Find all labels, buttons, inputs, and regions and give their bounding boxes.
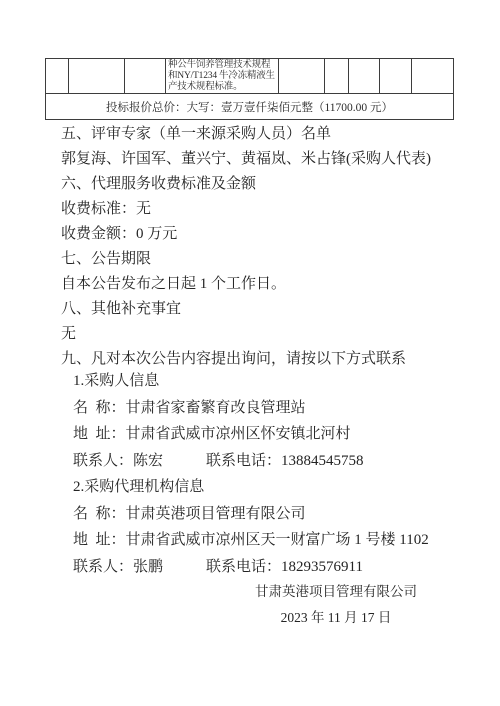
table-row: 种公牛饲养管理技术规程和NY/T1234 牛冷冻精液生产技术规程标准。: [46, 59, 454, 94]
fee-standard: 收费标准：无: [0, 197, 500, 222]
agency-name: 名 称：甘肃英港项目管理有限公司: [0, 501, 500, 528]
table-cell-empty: [279, 59, 325, 94]
table-cell-empty: [325, 59, 349, 94]
purchaser-address: 地 址：甘肃省武威市凉州区怀安镇北河村: [0, 421, 500, 448]
section-6-heading: 六、代理服务收费标准及金额: [0, 172, 500, 197]
table-cell-empty: [349, 59, 380, 94]
section-8-heading: 八、其他补充事宜: [0, 297, 500, 322]
table-cell-empty: [46, 59, 69, 94]
agency-phone: 联系电话：18293576911: [206, 559, 363, 575]
signature-company: 甘肃英港项目管理有限公司: [255, 579, 417, 605]
table-cell-empty: [125, 59, 166, 94]
spec-text-cell: 种公牛饲养管理技术规程和NY/T1234 牛冷冻精液生产技术规程标准。: [166, 59, 279, 94]
purchaser-contact-line: 联系人：陈宏联系电话：13884545758: [0, 448, 500, 475]
announcement-sections: 五、评审专家（单一来源采购人员）名单 郭复海、许国军、董兴宁、黄福岚、米占锋(采…: [0, 122, 500, 372]
purchaser-phone: 联系电话：13884545758: [206, 453, 364, 469]
signature-block: 甘肃英港项目管理有限公司 2023 年 11 月 17 日: [255, 579, 417, 631]
bid-spec-table: 种公牛饲养管理技术规程和NY/T1234 牛冷冻精液生产技术规程标准。 投标报价…: [45, 58, 454, 120]
purchaser-name: 名 称：甘肃省家畜繁育改良管理站: [0, 395, 500, 422]
agency-contact-line: 联系人：张鹏联系电话：18293576911: [0, 554, 500, 581]
table-cell-empty: [69, 59, 125, 94]
total-price-cell: 投标报价总价：大写：壹万壹仟柒佰元整（11700.00 元）: [46, 94, 454, 120]
section-7-heading: 七、公告期限: [0, 247, 500, 272]
expert-names: 郭复海、许国军、董兴宁、黄福岚、米占锋(采购人代表): [0, 147, 500, 172]
purchaser-heading: 1.采购人信息: [0, 368, 500, 395]
purchaser-contact-person: 联系人：陈宏: [73, 448, 206, 475]
section-8-body: 无: [0, 322, 500, 347]
section-5-heading: 五、评审专家（单一来源采购人员）名单: [0, 122, 500, 147]
table-cell-empty: [412, 59, 454, 94]
agency-heading: 2.采购代理机构信息: [0, 474, 500, 501]
agency-address: 地 址：甘肃省武威市凉州区天一财富广场 1 号楼 1102: [0, 527, 500, 554]
fee-amount: 收费金额：0 万元: [0, 222, 500, 247]
table-cell-empty: [380, 59, 412, 94]
table-row: 投标报价总价：大写：壹万壹仟柒佰元整（11700.00 元）: [46, 94, 454, 120]
announcement-period: 自本公告发布之日起 1 个工作日。: [0, 272, 500, 297]
agency-contact-person: 联系人：张鹏: [73, 554, 206, 581]
contact-info: 1.采购人信息 名 称：甘肃省家畜繁育改良管理站 地 址：甘肃省武威市凉州区怀安…: [0, 368, 500, 580]
document-page: 种公牛饲养管理技术规程和NY/T1234 牛冷冻精液生产技术规程标准。 投标报价…: [0, 0, 500, 706]
signature-date: 2023 年 11 月 17 日: [255, 605, 417, 631]
